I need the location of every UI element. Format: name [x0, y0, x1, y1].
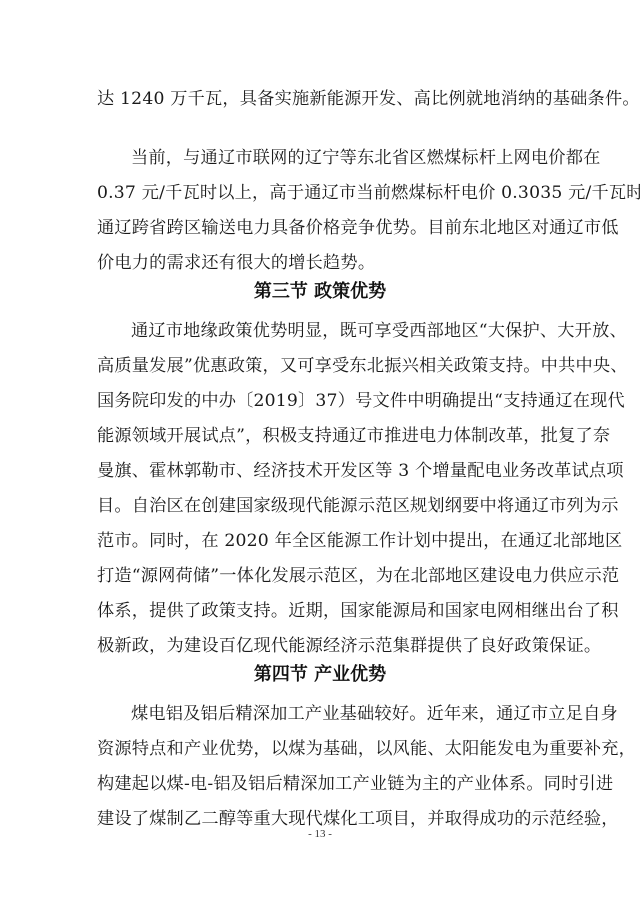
page-number: - 13 -: [0, 828, 640, 840]
paragraph-line: 通辽跨省跨区输送电力具备价格竞争优势。目前东北地区对通辽市低: [97, 217, 543, 239]
paragraph-line: 目。自治区在创建国家级现代能源示范区规划纲要中将通辽市列为示: [97, 495, 543, 517]
paragraph-line: 构建起以煤-电-铝及铝后精深加工产业链为主的产业体系。同时引进: [97, 773, 543, 795]
paragraph-line: 0.37 元/千瓦时以上，高于通辽市当前燃煤标杆电价 0.3035 元/千瓦时，: [97, 182, 543, 204]
paragraph-line: 极新政，为建设百亿现代能源经济示范集群提供了良好政策保证。: [97, 635, 543, 657]
paragraph-line: 建设了煤制乙二醇等重大现代煤化工项目，并取得成功的示范经验，: [97, 808, 543, 830]
document-page: 达 1240 万千瓦，具备实施新能源开发、高比例就地消纳的基础条件。 当前，与通…: [0, 0, 640, 905]
paragraph-line: 打造“源网荷储”一体化发展示范区，为在北部地区建设电力供应示范: [97, 565, 543, 587]
paragraph-line: 高质量发展”优惠政策，又可享受东北振兴相关政策支持。中共中央、: [97, 355, 543, 377]
paragraph-line: 通辽市地缘政策优势明显，既可享受西部地区“大保护、大开放、: [131, 320, 543, 342]
section-heading: 第四节 产业优势: [0, 663, 640, 687]
paragraph-line: 国务院印发的中办〔2019〕37）号文件中明确提出“支持通辽在现代: [97, 390, 543, 412]
section-heading: 第三节 政策优势: [0, 280, 640, 304]
paragraph-line: 价电力的需求还有很大的增长趋势。: [97, 252, 543, 274]
paragraph-line: 曼旗、霍林郭勒市、经济技术开发区等 3 个增量配电业务改革试点项: [97, 460, 543, 482]
paragraph-line: 体系，提供了政策支持。近期，国家能源局和国家电网相继出台了积: [97, 600, 543, 622]
paragraph-line: 达 1240 万千瓦，具备实施新能源开发、高比例就地消纳的基础条件。: [97, 88, 543, 110]
paragraph-line: 能源领域开展试点”，积极支持通辽市推进电力体制改革，批复了奈: [97, 425, 543, 447]
paragraph-line: 当前，与通辽市联网的辽宁等东北省区燃煤标杆上网电价都在: [131, 147, 543, 169]
paragraph-line: 范市。同时，在 2020 年全区能源工作计划中提出，在通辽北部地区: [97, 530, 543, 552]
paragraph-line: 资源特点和产业优势，以煤为基础，以风能、太阳能发电为重要补充，: [97, 738, 543, 760]
paragraph-line: 煤电铝及铝后精深加工产业基础较好。近年来，通辽市立足自身: [131, 703, 543, 725]
